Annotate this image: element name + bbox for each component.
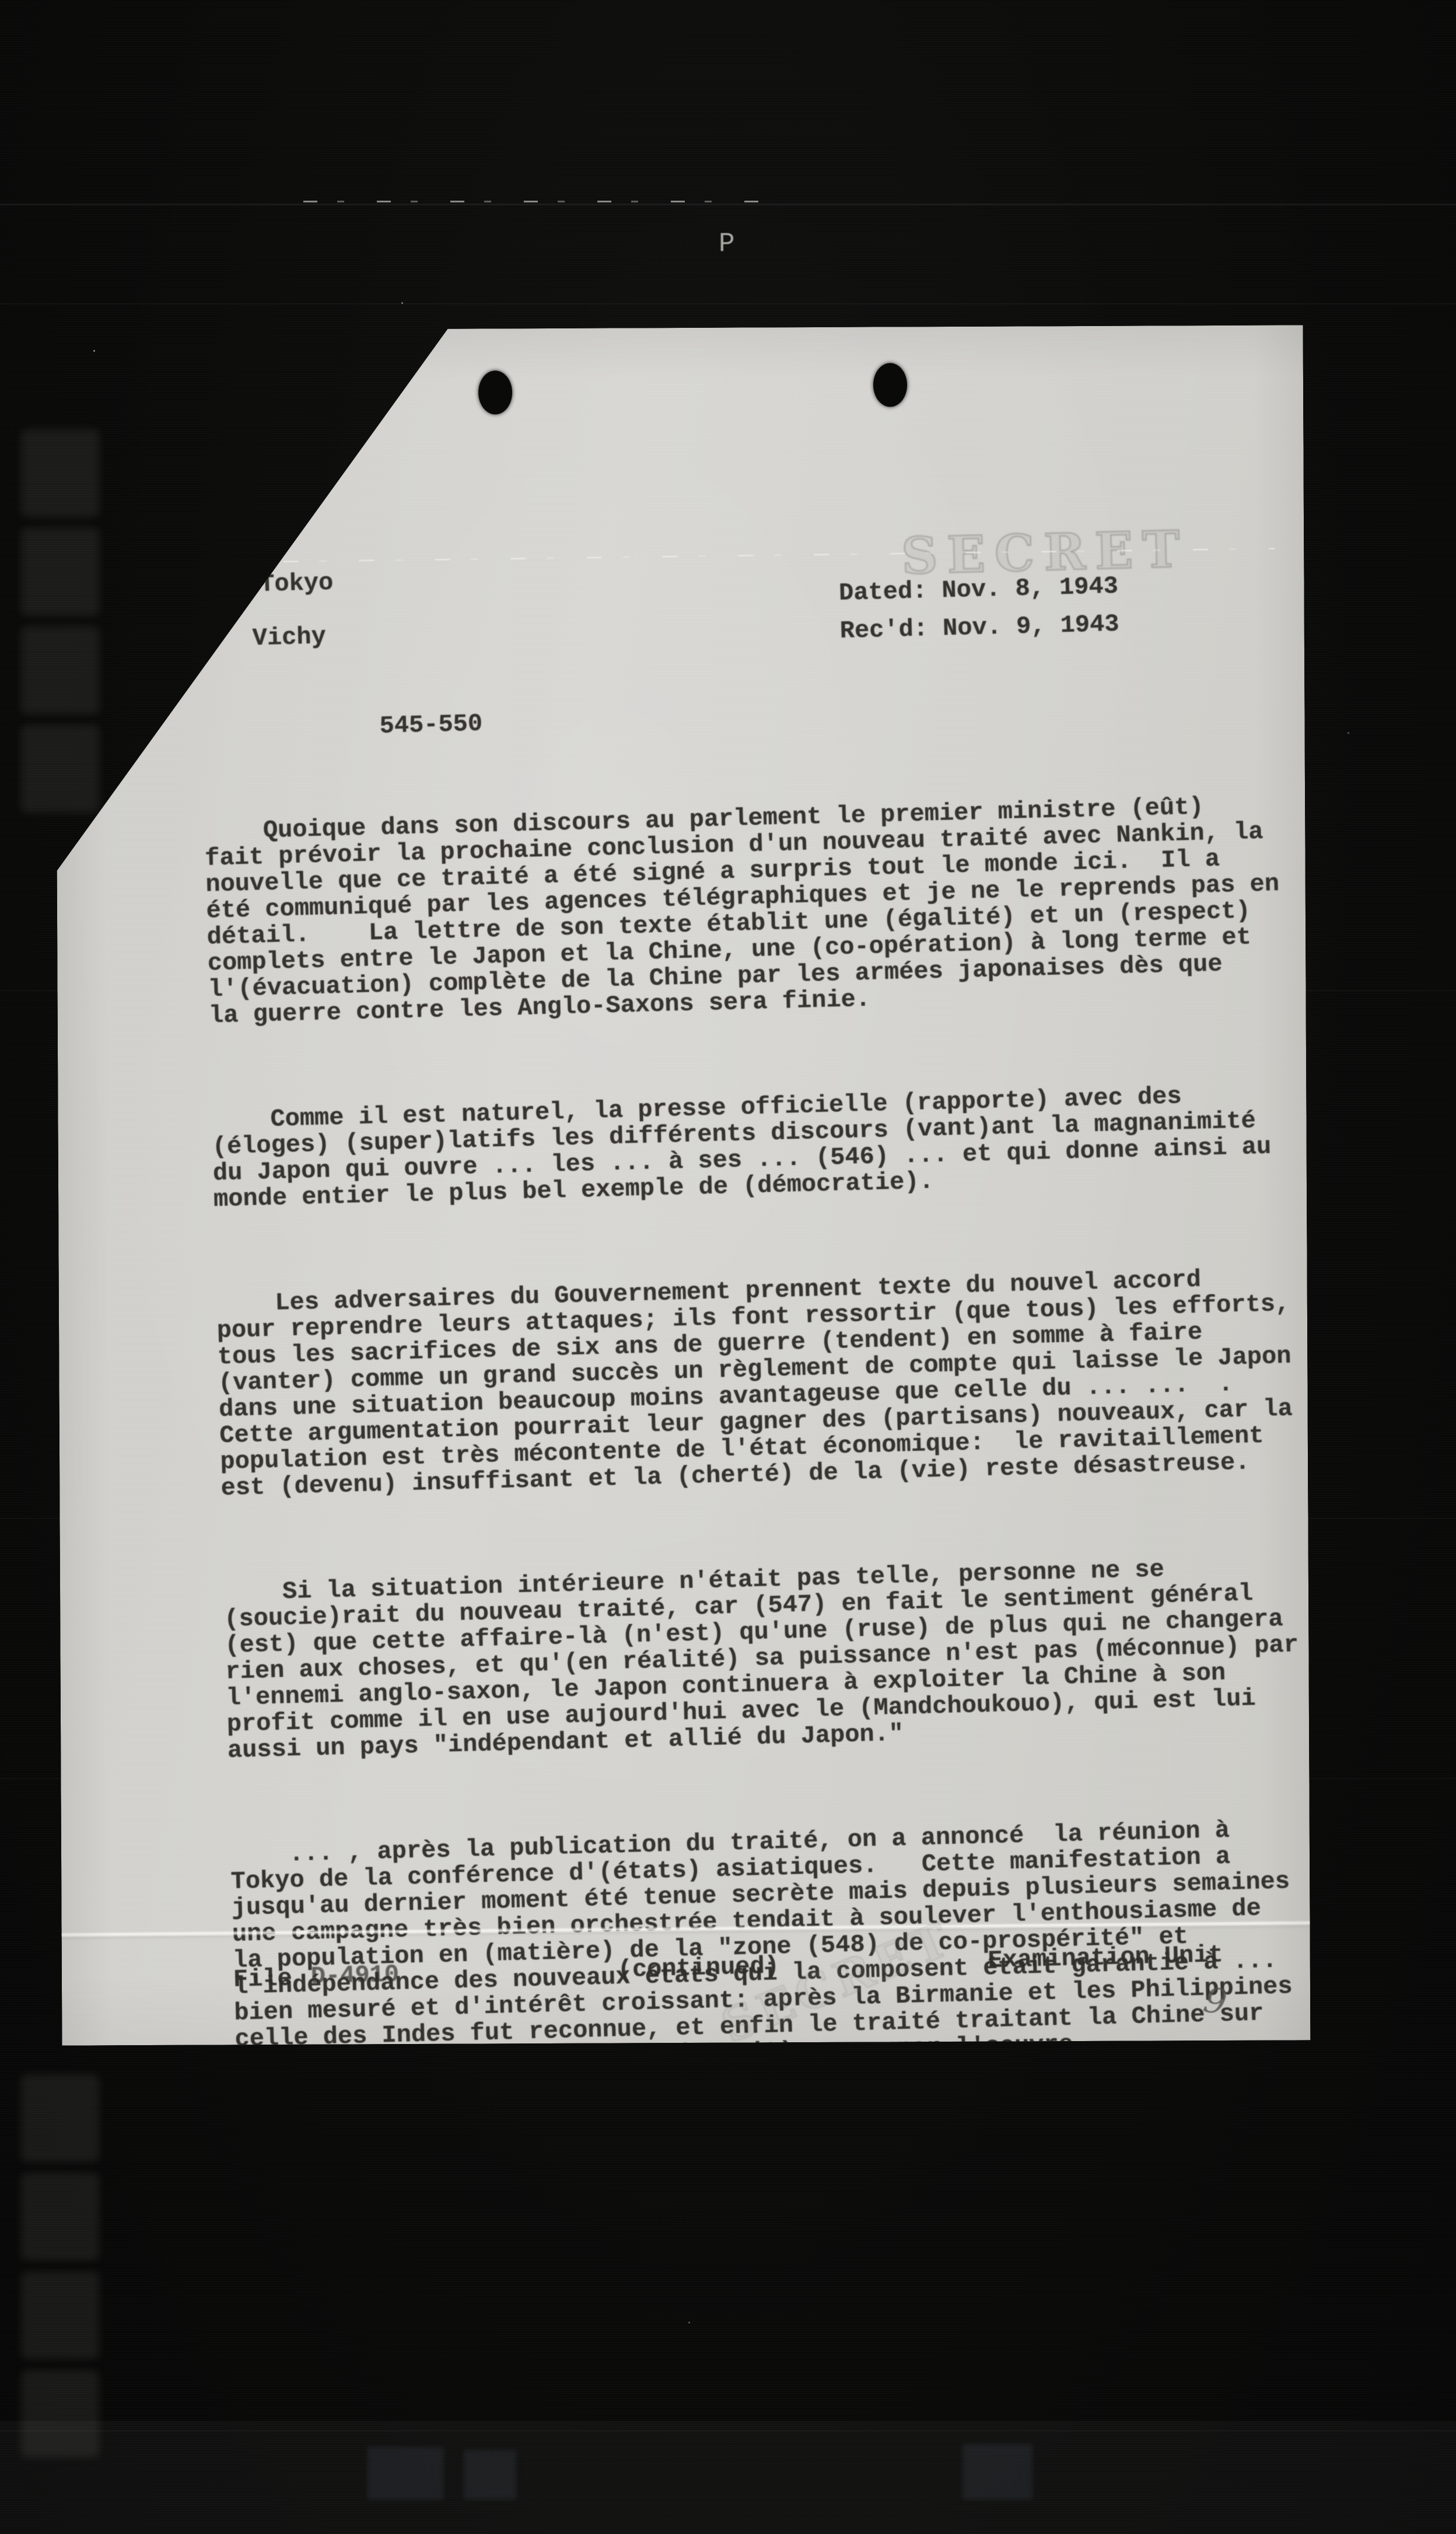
- paragraph-1: Quoique dans son discours au parlement l…: [204, 791, 1318, 1029]
- paragraph-3: Les adversaires du Gouvernement prennent…: [216, 1263, 1329, 1501]
- footer-examination-unit-label: Examination Unit: [988, 1942, 1223, 1974]
- footer-file-number: D-4910: [310, 1962, 399, 1990]
- film-edge-patch: [21, 725, 99, 813]
- paragraph-6: Sauf sur un point, que je reprendrai plu…: [238, 2130, 1348, 2236]
- film-edge-patch: [21, 2173, 99, 2260]
- film-bottom-band: [0, 2421, 1456, 2534]
- film-frame-mark: [963, 2444, 1032, 2500]
- header-dated-line: Dated: Nov. 8, 1943: [839, 573, 1119, 607]
- film-edge-patch: [21, 2271, 99, 2359]
- paragraph-2: Comme il est naturel, la presse officiel…: [211, 1080, 1322, 1213]
- typed-text-layer: om: Tokyo o: Vichy Dated: Nov. 8, 1943 R…: [36, 312, 1328, 2058]
- dust-speckles: [93, 350, 95, 352]
- film-edge-patch: [21, 429, 99, 517]
- scan-streak: [0, 204, 1456, 205]
- scan-streak: [0, 303, 1456, 304]
- body-text: Quoique dans son discours au parlement l…: [202, 738, 1350, 2315]
- film-edge-patch: [21, 2074, 99, 2162]
- document-page: SECRET om: Tokyo o: Vichy Dated: Nov. 8,…: [55, 325, 1311, 2045]
- film-mark-p: P: [719, 229, 735, 259]
- film-edge-patch: [21, 528, 99, 615]
- header-to-line: o: Vichy: [178, 624, 326, 653]
- paragraph-4: Si la situation intérieure n'était pas t…: [223, 1552, 1336, 1764]
- header-from-line: om: Tokyo: [201, 570, 334, 600]
- film-frame-mark: [464, 2450, 516, 2500]
- telegram-serial-number: 545-550: [379, 710, 483, 739]
- film-edge-patch: [21, 626, 99, 714]
- film-photo-background: P SECRET om: Tokyo o: Vichy Dated: Nov. …: [0, 0, 1456, 2534]
- film-frame-mark: [367, 2447, 443, 2500]
- footer-continued-label: (continued): [617, 1953, 779, 1983]
- film-scratch-line: [303, 201, 758, 202]
- header-received-line: Rec'd: Nov. 9, 1943: [839, 611, 1119, 645]
- footer-file-label: File: [233, 1965, 292, 1993]
